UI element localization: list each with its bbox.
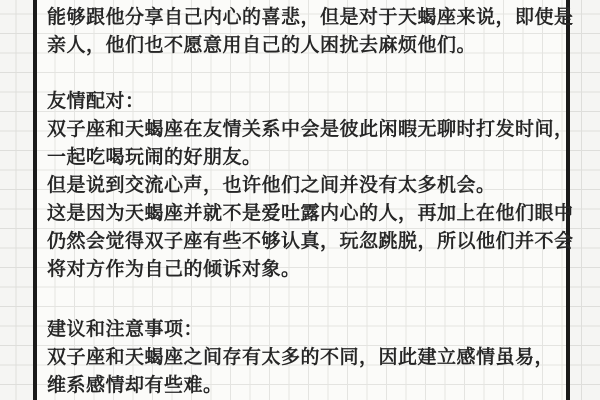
section-advice: 建议和注意事项： 双子座和天蝎座之间存有太多的不同，因此建立感情虽易， 维系感情… — [47, 315, 561, 399]
text-line: 一起吃喝玩闹的好朋友。 — [47, 143, 561, 171]
text-line: 这是因为天蝎座并就不是爱吐露内心的人，再加上在他们眼中 — [47, 199, 561, 227]
text-line: 能够跟他分享自己内心的喜悲，但是对于天蝎座来说，即使是 — [47, 3, 561, 31]
section-heading: 友情配对： — [47, 87, 561, 115]
article-text: 能够跟他分享自己内心的喜悲，但是对于天蝎座来说，即使是 亲人，他们也不愿意用自己… — [47, 3, 561, 399]
text-line: 双子座和天蝎座之间存有太多的不同，因此建立感情虽易， — [47, 343, 561, 371]
right-border-rule — [566, 0, 570, 400]
text-line: 亲人，他们也不愿意用自己的人困扰去麻烦他们。 — [47, 31, 561, 59]
text-line: 仍然会觉得双子座有些不够认真，玩忽跳脱，所以他们并不会 — [47, 227, 561, 255]
text-line: 双子座和天蝎座在友情关系中会是彼此闲暇无聊时打发时间， — [47, 115, 561, 143]
text-line: 但是说到交流心声，也许他们之间并没有太多机会。 — [47, 171, 561, 199]
left-border-rule — [33, 0, 37, 400]
section-friendship-match: 友情配对： 双子座和天蝎座在友情关系中会是彼此闲暇无聊时打发时间， 一起吃喝玩闹… — [47, 87, 561, 283]
notebook-page: 能够跟他分享自己内心的喜悲，但是对于天蝎座来说，即使是 亲人，他们也不愿意用自己… — [0, 0, 600, 400]
section-heading: 建议和注意事项： — [47, 315, 561, 343]
text-line: 将对方作为自己的倾诉对象。 — [47, 255, 561, 283]
paragraph-intro: 能够跟他分享自己内心的喜悲，但是对于天蝎座来说，即使是 亲人，他们也不愿意用自己… — [47, 3, 561, 59]
left-margin-strip — [0, 0, 33, 400]
right-margin-strip — [570, 0, 600, 400]
text-line: 维系感情却有些难。 — [47, 371, 561, 399]
